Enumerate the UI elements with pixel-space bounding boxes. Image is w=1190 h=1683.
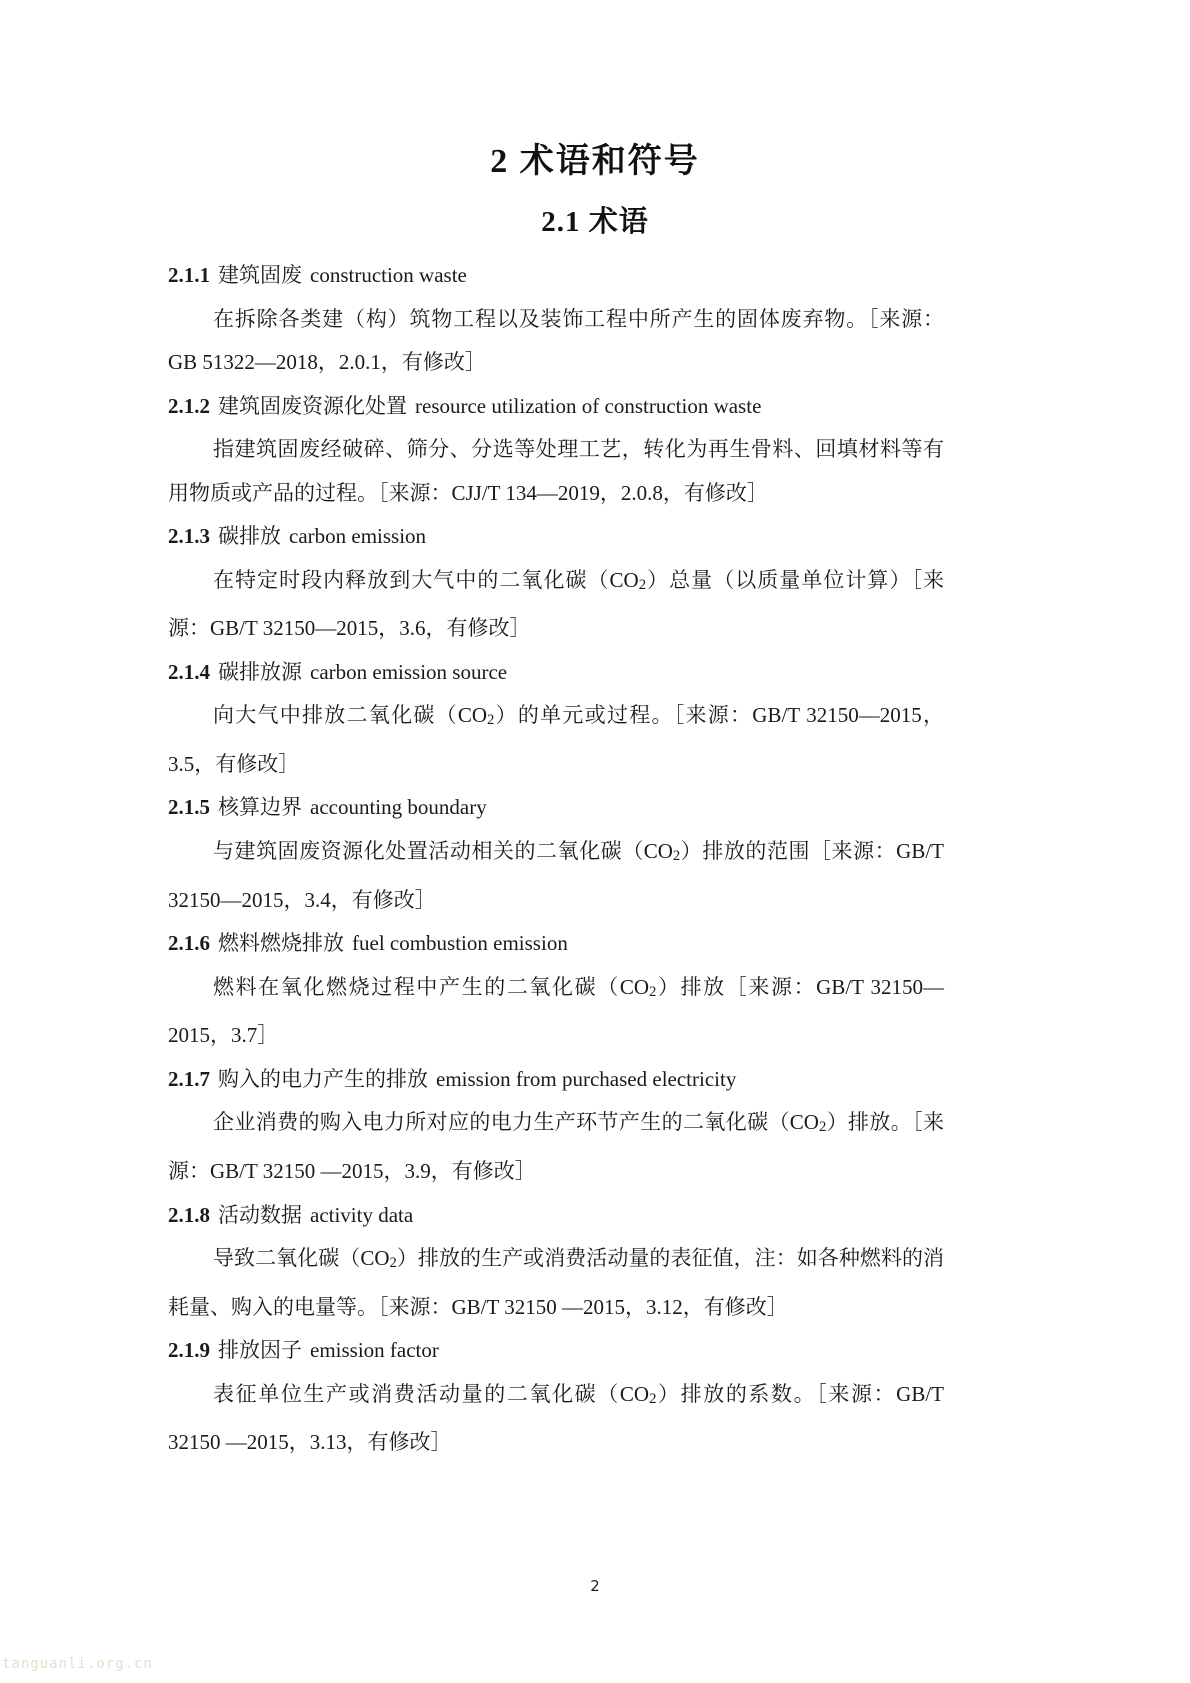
term-chinese: 排放因子 xyxy=(218,1338,302,1362)
term-definition: 向大气中排放二氧化碳（CO2）的单元或过程。［来源：GB/T 32150—201… xyxy=(168,694,944,786)
term-english: emission factor xyxy=(310,1338,439,1362)
term-chinese: 碳排放源 xyxy=(218,660,302,684)
terms-list: 2.1.1建筑固废construction waste 在拆除各类建（构）筑物工… xyxy=(168,254,944,1465)
document-page: 2 术语和符号 2.1 术语 2.1.1建筑固废construction was… xyxy=(0,0,1190,1683)
term-number: 2.1.2 xyxy=(168,394,210,418)
term-chinese: 购入的电力产生的排放 xyxy=(218,1067,428,1091)
term-definition: 导致二氧化碳（CO2）排放的生产或消费活动量的表征值，注：如各种燃料的消耗量、购… xyxy=(168,1237,944,1329)
definition-text: 与建筑固废资源化处置活动相关的二氧化碳（CO xyxy=(213,839,673,863)
term-heading: 2.1.4碳排放源carbon emission source xyxy=(168,651,944,695)
term-english: resource utilization of construction was… xyxy=(415,394,761,418)
term-heading: 2.1.1建筑固废construction waste xyxy=(168,254,944,298)
term-heading: 2.1.6燃料燃烧排放fuel combustion emission xyxy=(168,922,944,966)
term-heading: 2.1.9排放因子emission factor xyxy=(168,1329,944,1373)
term-chinese: 核算边界 xyxy=(218,795,302,819)
term-definition: 燃料在氧化燃烧过程中产生的二氧化碳（CO2）排放［来源：GB/T 32150—2… xyxy=(168,966,944,1058)
term-english: accounting boundary xyxy=(310,795,487,819)
term-number: 2.1.5 xyxy=(168,795,210,819)
term-definition: 在特定时段内释放到大气中的二氧化碳（CO2）总量（以质量单位计算）［来源：GB/… xyxy=(168,559,944,651)
term-definition: 指建筑固废经破碎、筛分、分选等处理工艺，转化为再生骨料、回填材料等有用物质或产品… xyxy=(168,428,944,515)
definition-text: 表征单位生产或消费活动量的二氧化碳（CO xyxy=(213,1382,649,1406)
term-chinese: 建筑固废 xyxy=(218,263,302,287)
term-number: 2.1.1 xyxy=(168,263,210,287)
term-chinese: 燃料燃烧排放 xyxy=(218,931,344,955)
term-english: carbon emission xyxy=(289,524,426,548)
term-heading: 2.1.7购入的电力产生的排放emission from purchased e… xyxy=(168,1058,944,1102)
subscript: 2 xyxy=(639,577,646,593)
definition-text: 向大气中排放二氧化碳（CO xyxy=(213,703,487,727)
term-definition: 表征单位生产或消费活动量的二氧化碳（CO2）排放的系数。［来源：GB/T 321… xyxy=(168,1373,944,1465)
term-chinese: 活动数据 xyxy=(218,1203,302,1227)
term-english: fuel combustion emission xyxy=(352,931,568,955)
definition-text: 燃料在氧化燃烧过程中产生的二氧化碳（CO xyxy=(213,975,649,999)
subscript: 2 xyxy=(390,1255,397,1271)
definition-text: 导致二氧化碳（CO xyxy=(213,1246,390,1270)
term-number: 2.1.9 xyxy=(168,1338,210,1362)
term-number: 2.1.7 xyxy=(168,1067,210,1091)
chapter-title: 2 术语和符号 xyxy=(0,140,1190,184)
term-english: emission from purchased electricity xyxy=(436,1067,736,1091)
term-number: 2.1.4 xyxy=(168,660,210,684)
term-definition: 在拆除各类建（构）筑物工程以及装饰工程中所产生的固体废弃物。［来源：GB 513… xyxy=(168,298,944,385)
term-english: activity data xyxy=(310,1203,413,1227)
term-english: construction waste xyxy=(310,263,467,287)
term-chinese: 碳排放 xyxy=(218,524,281,548)
term-definition: 与建筑固废资源化处置活动相关的二氧化碳（CO2）排放的范围［来源：GB/T 32… xyxy=(168,830,944,922)
term-english: carbon emission source xyxy=(310,660,507,684)
watermark: tanguanli.org.cn xyxy=(2,1656,153,1672)
term-number: 2.1.6 xyxy=(168,931,210,955)
term-heading: 2.1.8活动数据activity data xyxy=(168,1194,944,1238)
definition-text: 在特定时段内释放到大气中的二氧化碳（CO xyxy=(213,568,639,592)
term-number: 2.1.8 xyxy=(168,1203,210,1227)
definition-text: 企业消费的购入电力所对应的电力生产环节产生的二氧化碳（CO xyxy=(213,1110,819,1134)
page-number: 2 xyxy=(0,1577,1190,1595)
term-heading: 2.1.2建筑固废资源化处置resource utilization of co… xyxy=(168,385,944,429)
term-heading: 2.1.5核算边界accounting boundary xyxy=(168,786,944,830)
section-title: 2.1 术语 xyxy=(0,202,1190,242)
term-heading: 2.1.3碳排放carbon emission xyxy=(168,515,944,559)
term-chinese: 建筑固废资源化处置 xyxy=(218,394,407,418)
term-number: 2.1.3 xyxy=(168,524,210,548)
term-definition: 企业消费的购入电力所对应的电力生产环节产生的二氧化碳（CO2）排放。［来源：GB… xyxy=(168,1101,944,1193)
